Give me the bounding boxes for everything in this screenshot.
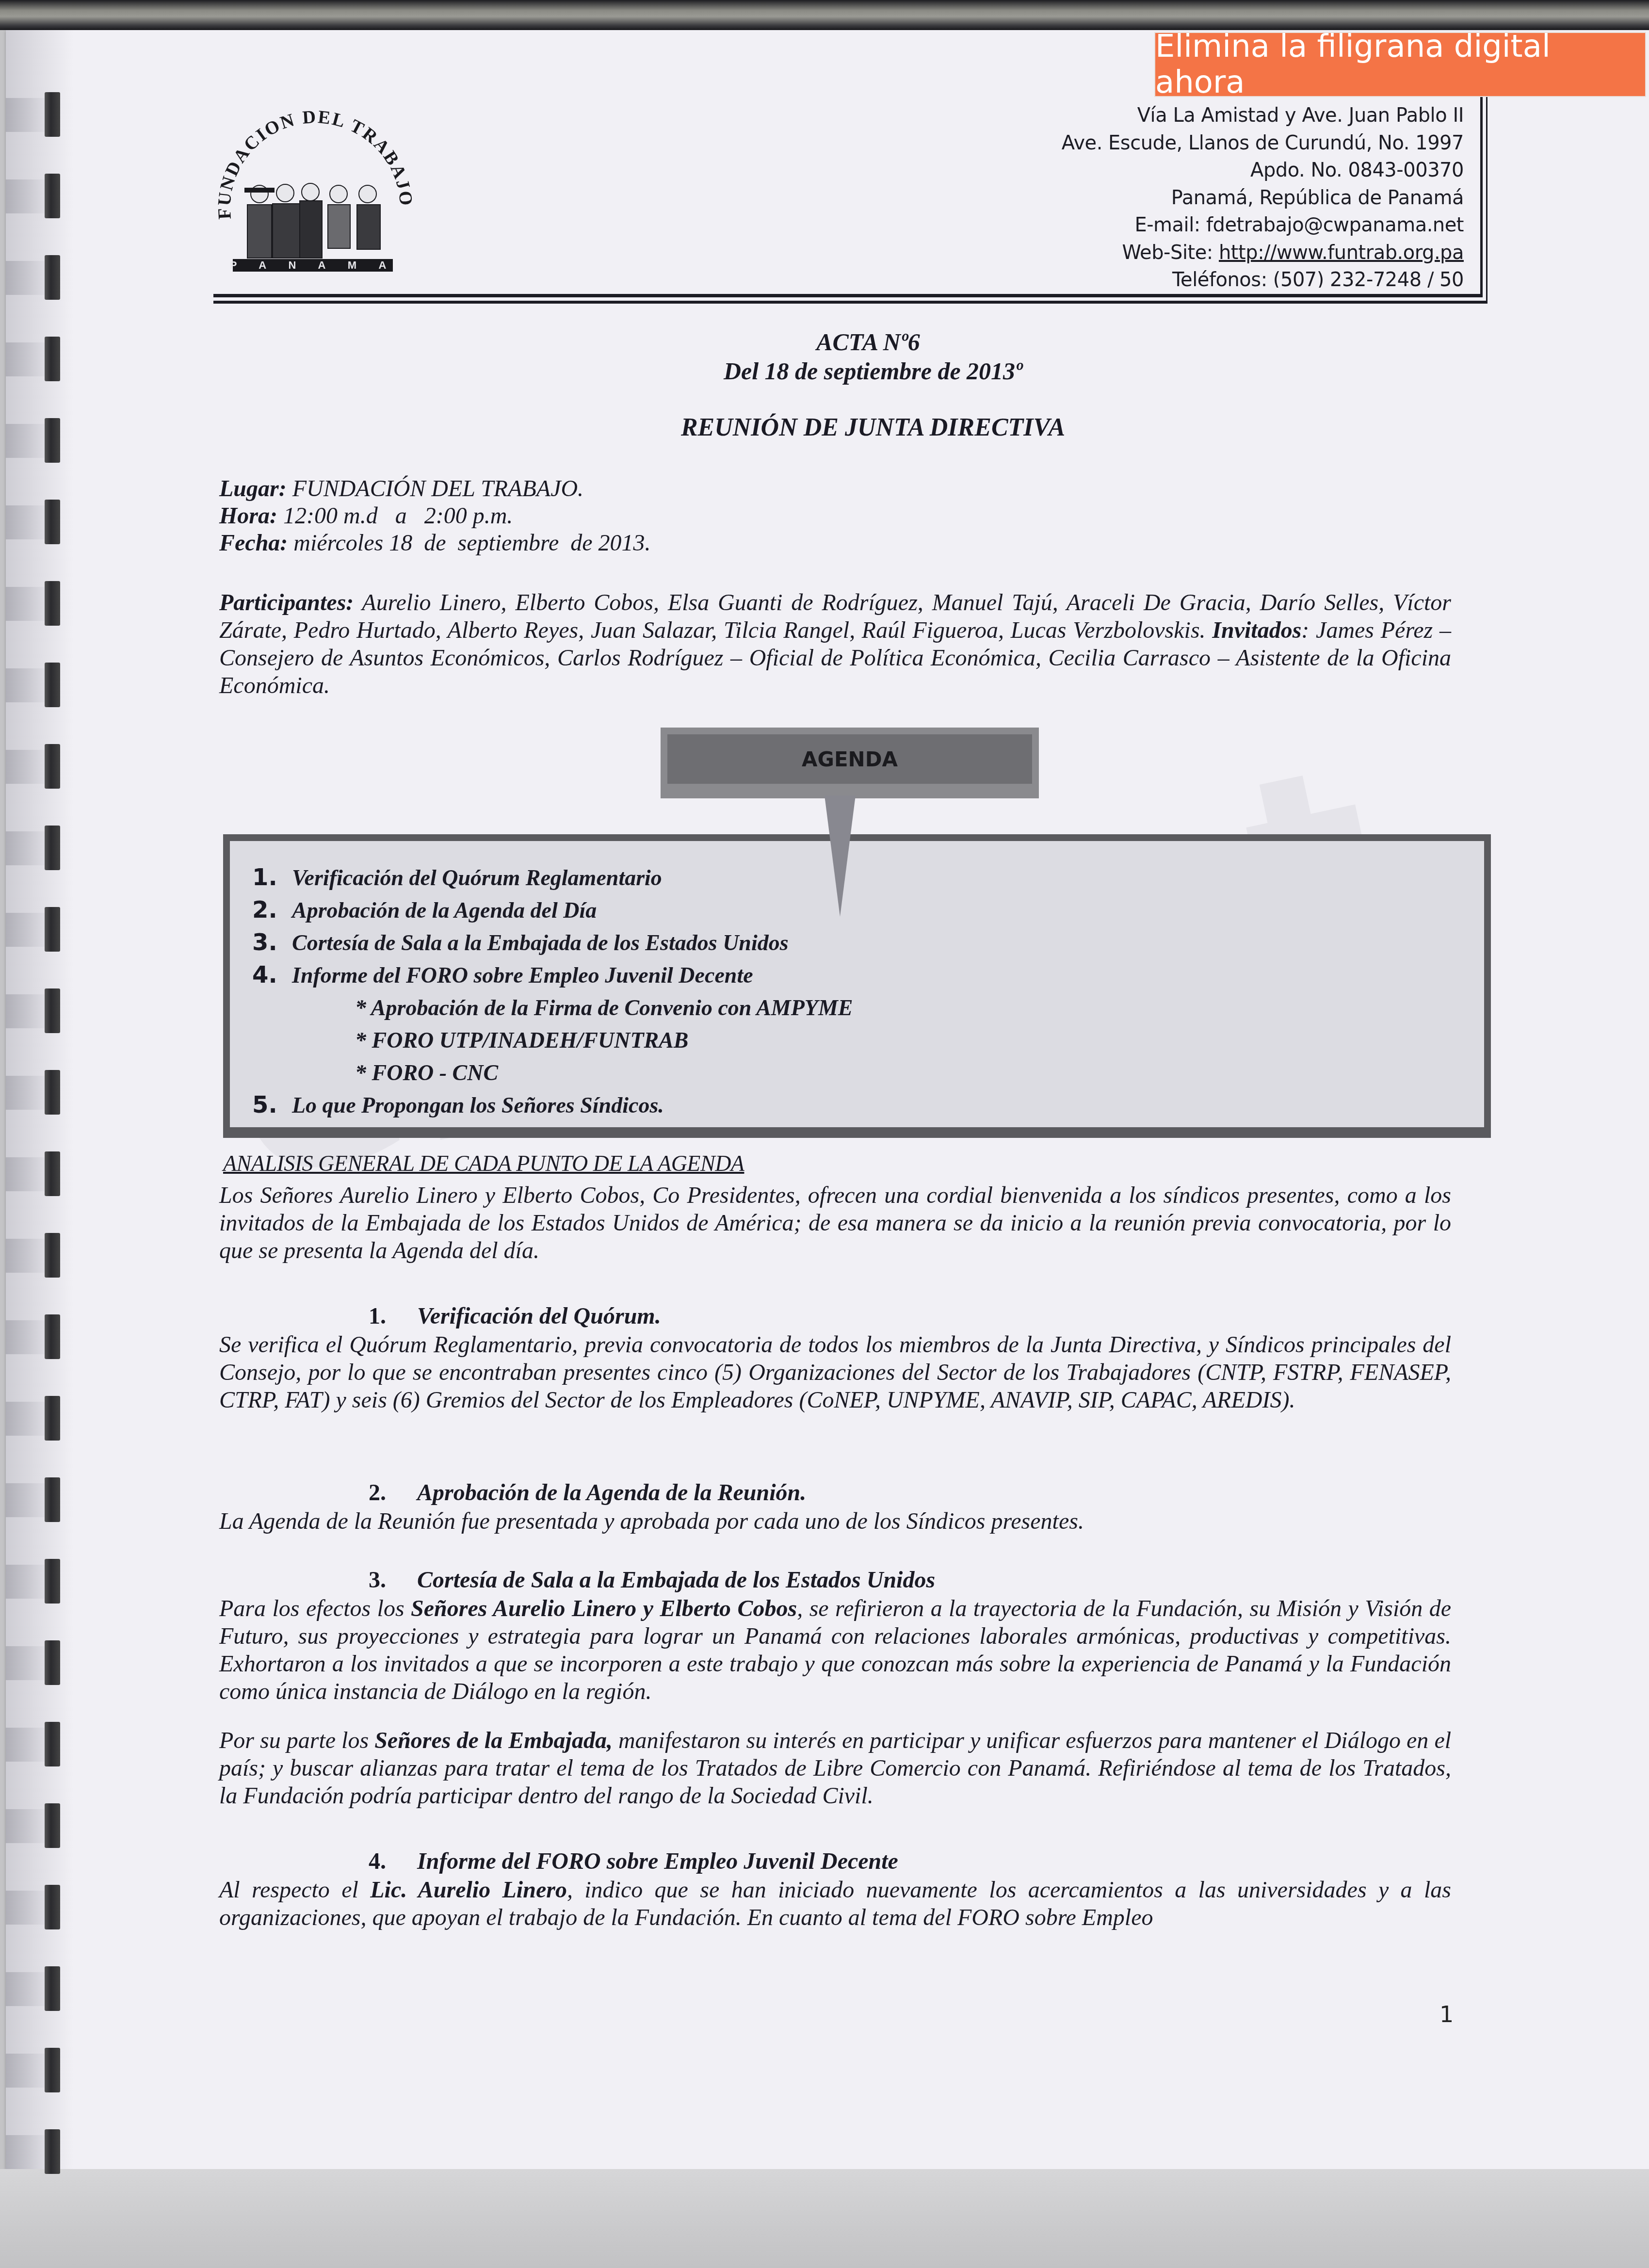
binding-hole: [45, 744, 60, 789]
binding-hole: [45, 1803, 60, 1848]
website-label: Web-Site:: [1122, 242, 1219, 264]
binding-hole: [45, 1640, 60, 1685]
binding-hole: [45, 2129, 60, 2174]
section-heading-1: 1.Verificación del Quórum.: [369, 1303, 661, 1329]
binding-hole: [45, 1314, 60, 1359]
binding-hole: [45, 907, 60, 952]
agenda-item-number: 4.: [252, 959, 292, 991]
letterhead-border: [1486, 97, 1487, 304]
agenda-item-number: 1.: [252, 861, 292, 894]
hole-shadow: [6, 1565, 46, 1599]
agenda-callout: AGENDA: [661, 728, 1039, 798]
text-run-bold: Señores Aurelio Linero y Elberto Cobos: [411, 1596, 797, 1621]
binding-hole: [45, 418, 60, 463]
address-line: Vía La Amistad y Ave. Juan Pablo II: [930, 102, 1464, 130]
address-line: Ave. Escude, Llanos de Curundú, No. 1997: [930, 130, 1464, 157]
binding-hole: [45, 1233, 60, 1278]
fecha-line: Fecha: miércoles 18 de septiembre de 201…: [219, 530, 651, 557]
fecha-value: miércoles 18 de septiembre de 2013.: [288, 530, 650, 556]
letterhead-address: Vía La Amistad y Ave. Juan Pablo II Ave.…: [930, 102, 1464, 288]
hole-shadow: [6, 1483, 46, 1517]
agenda-item-text: Cortesía de Sala a la Embajada de los Es…: [292, 930, 789, 955]
guests-label: Invitados: [1212, 617, 1301, 643]
section-heading-3: 3.Cortesía de Sala a la Embajada de los …: [369, 1567, 935, 1593]
scanner-background: [0, 2169, 1649, 2268]
hole-shadow: [6, 1157, 46, 1191]
hole-shadow: [6, 1320, 46, 1354]
section-body-4: Al respecto el Lic. Aurelio Linero, indi…: [219, 1876, 1451, 1931]
hole-shadow: [6, 261, 46, 295]
remove-watermark-button[interactable]: Elimina la filigrana digital ahora: [1154, 32, 1646, 97]
hole-shadow: [6, 1076, 46, 1110]
hora-line: Hora: 12:00 m.d a 2:00 p.m.: [219, 502, 651, 530]
hora-value: 12:00 m.d a 2:00 p.m.: [277, 503, 513, 529]
binding-hole: [45, 1151, 60, 1196]
acta-number: ACTA Nº6: [213, 328, 1445, 356]
hole-shadow: [6, 505, 46, 539]
acta-date: Del 18 de septiembre de 2013º: [213, 357, 1445, 385]
fecha-label: Fecha:: [219, 530, 288, 556]
agenda-sub-item: * FORO - CNC: [252, 1056, 853, 1089]
binding-hole: [45, 255, 60, 300]
section-number: 4.: [369, 1848, 417, 1875]
hole-shadow: [6, 750, 46, 784]
hole-shadow: [6, 668, 46, 702]
binding-hole: [45, 988, 60, 1033]
agenda-sub-item: * FORO UTP/INADEH/FUNTRAB: [252, 1024, 853, 1056]
hole-shadow: [6, 342, 46, 376]
binding-hole: [45, 1070, 60, 1115]
meeting-title: REUNIÓN DE JUNTA DIRECTIVA: [213, 413, 1445, 442]
binder-top-bar: [0, 0, 1649, 30]
agenda-item: 3.Cortesía de Sala a la Embajada de los …: [252, 926, 853, 959]
binding-hole: [45, 92, 60, 137]
section-body-3b: Por su parte los Señores de la Embajada,…: [219, 1727, 1451, 1810]
binding-hole: [45, 1396, 60, 1441]
binding-hole: [45, 1966, 60, 2011]
participants-paragraph: Participantes: Aurelio Linero, Elberto C…: [219, 589, 1451, 699]
section-number: 2.: [369, 1479, 417, 1506]
section-body-2: La Agenda de la Reunión fue presentada y…: [219, 1507, 1451, 1535]
analysis-heading: ANALISIS GENERAL DE CADA PUNTO DE LA AGE…: [223, 1150, 744, 1176]
meeting-meta: Lugar: FUNDACIÓN DEL TRABAJO. Hora: 12:0…: [219, 475, 651, 557]
participants-label: Participantes:: [219, 590, 354, 616]
website-line: Web-Site: http://www.funtrab.org.pa: [930, 239, 1464, 267]
text-run: Por su parte los: [219, 1728, 374, 1753]
letterhead-border: [1480, 97, 1483, 297]
agenda-item: 4.Informe del FORO sobre Empleo Juvenil …: [252, 959, 853, 991]
binding-hole: [45, 1477, 60, 1522]
agenda-sub-item: * Aprobación de la Firma de Convenio con…: [252, 991, 853, 1024]
binding-hole: [45, 174, 60, 218]
binding-hole: [45, 337, 60, 381]
binding-hole: [45, 1885, 60, 1929]
agenda-item-number: 3.: [252, 926, 292, 959]
agenda-item-text: Lo que Propongan los Señores Síndicos.: [292, 1093, 664, 1118]
page-number: 1: [1439, 2001, 1454, 2027]
hole-shadow: [6, 2054, 46, 2088]
hole-shadow: [6, 994, 46, 1028]
hole-shadow: [6, 1891, 46, 1925]
section-number: 3.: [369, 1567, 417, 1593]
agenda-list: 1.Verificación del Quórum Reglamentario …: [252, 861, 853, 1121]
text-run: Para los efectos los: [219, 1596, 411, 1621]
binding-hole: [45, 1559, 60, 1604]
text-run-bold: Señores de la Embajada,: [374, 1728, 613, 1753]
analysis-intro: Los Señores Aurelio Linero y Elberto Cob…: [219, 1182, 1451, 1264]
binding-hole: [45, 663, 60, 707]
lugar-label: Lugar:: [219, 476, 287, 502]
section-title: Verificación del Quórum.: [417, 1303, 661, 1329]
section-heading-2: 2.Aprobación de la Agenda de la Reunión.: [369, 1479, 806, 1506]
binding-hole: [45, 500, 60, 544]
hole-shadow: [6, 1972, 46, 2006]
hole-shadow: [6, 1809, 46, 1843]
agenda-item-text: Aprobación de la Agenda del Día: [292, 898, 597, 923]
hole-shadow: [6, 424, 46, 458]
binding-hole: [45, 581, 60, 626]
text-run-bold: Lic. Aurelio Linero: [370, 1877, 567, 1903]
binding-hole: [45, 826, 60, 870]
hole-shadow: [6, 1402, 46, 1436]
email-line: E-mail: fdetrabajo@cwpanama.net: [930, 211, 1464, 239]
hole-shadow: [6, 179, 46, 213]
hole-shadow: [6, 1646, 46, 1680]
website-link[interactable]: http://www.funtrab.org.pa: [1219, 242, 1464, 264]
section-number: 1.: [369, 1303, 417, 1329]
section-body-3: Para los efectos los Señores Aurelio Lin…: [219, 1595, 1451, 1705]
agenda-item-text: Verificación del Quórum Reglamentario: [292, 865, 662, 890]
section-body-1: Se verifica el Quórum Reglamentario, pre…: [219, 1331, 1451, 1414]
agenda-item: 1.Verificación del Quórum Reglamentario: [252, 861, 853, 894]
section-title: Aprobación de la Agenda de la Reunión.: [417, 1480, 806, 1506]
phones-line: Teléfonos: (507) 232-7248 / 50: [930, 266, 1464, 288]
fundacion-logo: FUNDACION DEL TRABAJO P A N A M A: [213, 97, 417, 281]
address-line: Panamá, República de Panamá: [930, 184, 1464, 212]
agenda-item-number: 2.: [252, 894, 292, 926]
section-heading-4: 4.Informe del FORO sobre Empleo Juvenil …: [369, 1848, 898, 1875]
letterhead-rule: [213, 294, 1483, 297]
agenda-item-text: Informe del FORO sobre Empleo Juvenil De…: [292, 963, 753, 988]
letterhead-rule: [213, 301, 1487, 304]
hora-label: Hora:: [219, 503, 277, 529]
lugar-line: Lugar: FUNDACIÓN DEL TRABAJO.: [219, 475, 651, 502]
section-title: Cortesía de Sala a la Embajada de los Es…: [417, 1567, 935, 1593]
binding-hole: [45, 1722, 60, 1766]
agenda-item-number: 5.: [252, 1089, 292, 1121]
hole-shadow: [6, 831, 46, 865]
hole-shadow: [6, 587, 46, 621]
hole-shadow: [6, 1239, 46, 1273]
lugar-value: FUNDACIÓN DEL TRABAJO.: [287, 476, 583, 502]
agenda-item: 2.Aprobación de la Agenda del Día: [252, 894, 853, 926]
address-line: Apdo. No. 0843-00370: [930, 157, 1464, 184]
section-title: Informe del FORO sobre Empleo Juvenil De…: [417, 1848, 898, 1874]
logo-base-text: P A N A M A: [230, 259, 396, 271]
hole-shadow: [6, 1728, 46, 1762]
hole-shadow: [6, 913, 46, 947]
binding-hole: [45, 2048, 60, 2092]
text-run: Al respecto el: [219, 1877, 370, 1903]
hole-shadow: [6, 2135, 46, 2169]
agenda-item: 5.Lo que Propongan los Señores Síndicos.: [252, 1089, 853, 1121]
agenda-callout-label: AGENDA: [667, 734, 1032, 784]
hole-shadow: [6, 98, 46, 132]
